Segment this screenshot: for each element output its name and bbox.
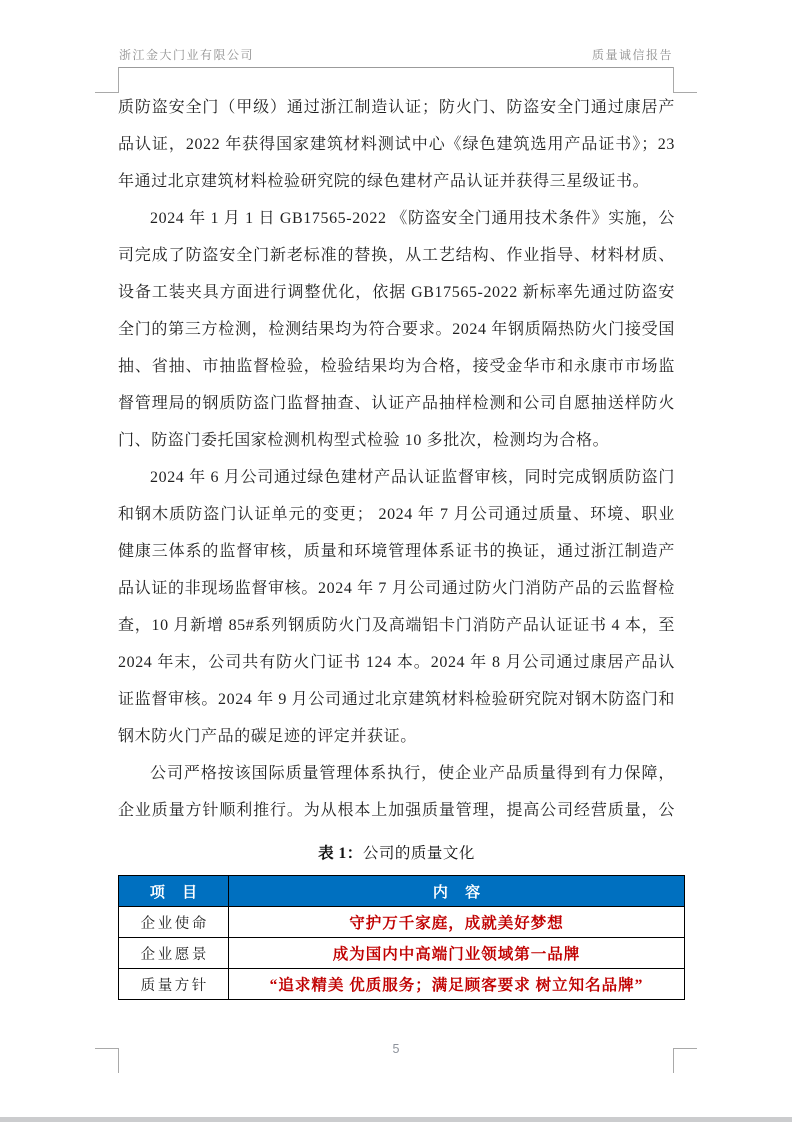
table-caption: 表 1：公司的质量文化 bbox=[118, 841, 675, 863]
row-label-policy: 质量方针 bbox=[119, 969, 229, 1000]
document-body: 质防盗安全门（甲级）通过浙江制造认证；防火门、防盗安全门通过康居产品认证，202… bbox=[118, 89, 675, 837]
table-header-item: 项 目 bbox=[119, 876, 229, 907]
table-caption-text: 公司的质量文化 bbox=[363, 845, 475, 862]
paragraph: 质防盗安全门（甲级）通过浙江制造认证；防火门、防盗安全门通过康居产品认证，202… bbox=[118, 89, 675, 200]
row-label-vision: 企业愿景 bbox=[119, 938, 229, 969]
row-content-vision: 成为国内中高端门业领域第一品牌 bbox=[229, 938, 685, 969]
header-report-title: 质量诚信报告 bbox=[592, 46, 673, 63]
row-content-mission: 守护万千家庭，成就美好梦想 bbox=[229, 907, 685, 938]
page-bottom-edge bbox=[0, 1117, 792, 1122]
row-content-policy: “追求精美 优质服务；满足顾客要求 树立知名品牌” bbox=[229, 969, 685, 1000]
row-label-mission: 企业使命 bbox=[119, 907, 229, 938]
table-header-content: 内 容 bbox=[229, 876, 685, 907]
paragraph: 2024 年 6 月公司通过绿色建材产品认证监督审核，同时完成钢质防盗门和钢木质… bbox=[118, 459, 675, 755]
table-header-row: 项 目 内 容 bbox=[119, 876, 685, 907]
paragraph: 公司严格按该国际质量管理体系执行，使企业产品质量得到有力保障，企业质量方针顺利推… bbox=[118, 755, 675, 837]
table-row: 企业愿景 成为国内中高端门业领域第一品牌 bbox=[119, 938, 685, 969]
header-company-name: 浙江金大门业有限公司 bbox=[119, 46, 254, 63]
table-row: 企业使命 守护万千家庭，成就美好梦想 bbox=[119, 907, 685, 938]
quality-culture-table: 项 目 内 容 企业使命 守护万千家庭，成就美好梦想 企业愿景 成为国内中高端门… bbox=[118, 875, 685, 1000]
table-caption-label: 表 1： bbox=[318, 845, 363, 862]
crop-mark-top-right-horizontal bbox=[673, 92, 697, 93]
header-rule bbox=[118, 67, 674, 68]
document-page: { "page": { "header": { "left": "浙江金大门业有… bbox=[0, 0, 792, 1122]
crop-mark-top-left-horizontal bbox=[95, 92, 119, 93]
paragraph: 2024 年 1 月 1 日 GB17565-2022 《防盗安全门通用技术条件… bbox=[118, 200, 675, 459]
page-number: 5 bbox=[0, 1042, 792, 1056]
table-row: 质量方针 “追求精美 优质服务；满足顾客要求 树立知名品牌” bbox=[119, 969, 685, 1000]
